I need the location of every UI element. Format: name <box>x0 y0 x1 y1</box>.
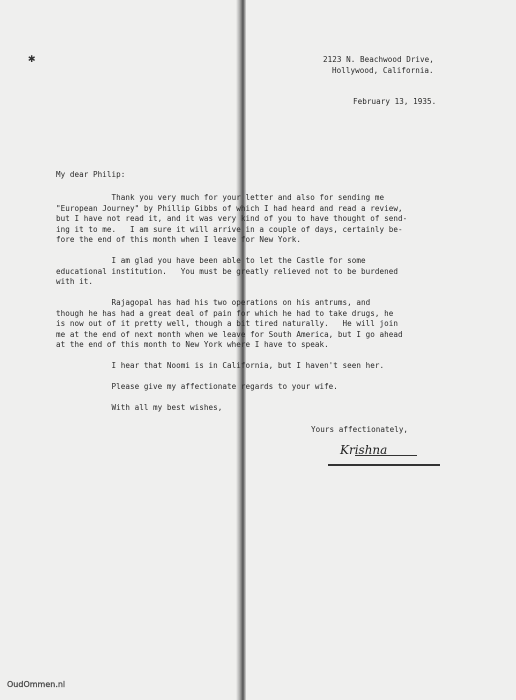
watermark: OudOmmen.nl <box>7 680 65 689</box>
letter-page: ✱ 2123 N. Beachwood Drive, Hollywood, Ca… <box>0 0 516 700</box>
body-line: Thank you very much for your letter and … <box>56 193 384 204</box>
body-line: but I have not read it, and it was very … <box>56 214 407 225</box>
body-line: ing it to me. I am sure it will arrive i… <box>56 225 403 236</box>
body-line: with it. <box>56 277 93 288</box>
body-line: fore the end of this month when I leave … <box>56 235 301 246</box>
body-line: With all my best wishes, <box>56 403 222 414</box>
salutation: My dear Philip: <box>56 170 125 181</box>
signature-line <box>328 464 440 466</box>
body-line: at the end of this month to New York whe… <box>56 340 329 351</box>
address-line-1: 2123 N. Beachwood Drive, <box>323 55 434 66</box>
body-line: educational institution. You must be gre… <box>56 267 398 278</box>
body-line: I hear that Noomi is in California, but … <box>56 361 384 372</box>
body-line: Please give my affectionate regards to y… <box>56 382 338 393</box>
letter-date: February 13, 1935. <box>353 97 436 108</box>
address-line-2: Hollywood, California. <box>332 66 434 77</box>
body-line: Rajagopal has had his two operations on … <box>56 298 370 309</box>
asterisk-mark-icon: ✱ <box>28 51 35 65</box>
body-line: though he has had a great deal of pain f… <box>56 309 393 320</box>
body-line: I am glad you have been able to let the … <box>56 256 366 267</box>
signature-underline <box>355 455 417 456</box>
body-line: is now out of it pretty well, though a b… <box>56 319 398 330</box>
body-line: "European Journey" by Phillip Gibbs of w… <box>56 204 403 215</box>
closing: Yours affectionately, <box>311 425 408 436</box>
body-line: me at the end of next month when we leav… <box>56 330 403 341</box>
